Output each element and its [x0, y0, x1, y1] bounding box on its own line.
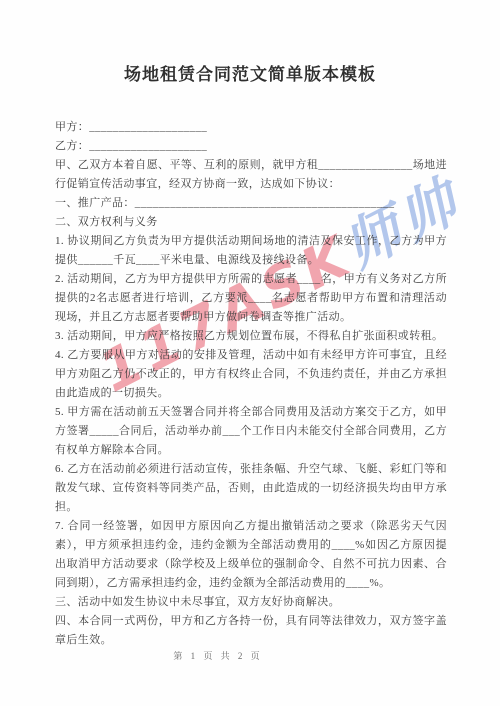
document-body: 甲方：____________________ 乙方：_____________… [55, 118, 447, 650]
clause-1: 1. 协议期间乙方负责为甲方提供活动期间场地的清洁及保安工作，乙方为甲方提供__… [55, 232, 447, 270]
clause-promotion-product: 一、推广产品：_________________________________… [55, 194, 447, 213]
clause-2: 2. 活动期间，乙方为甲方提供甲方所需的志愿者____名，甲方有义务对乙方所提供… [55, 270, 447, 327]
clause-3: 3. 活动期间，甲方应严格按照乙方规划位置布展，不得私自扩张面积或转租。 [55, 327, 447, 346]
section-4-copies: 四、本合同一式两份，甲方和乙方各持一份，具有同等法律效力，双方签字盖章后生效。 [55, 612, 447, 650]
section-rights-obligations-heading: 二、双方权利与义务 [55, 213, 447, 232]
clause-4: 4. 乙方要服从甲方对活动的安排及管理，活动中如有未经甲方许可事宜，且经甲方劝阻… [55, 346, 447, 403]
document-title: 场地租赁合同范文简单版本模板 [30, 60, 470, 85]
contract-page: 场地租赁合同范文简单版本模板 117ASK师帅 甲方：_____________… [0, 0, 500, 706]
preamble: 甲、乙双方本着自愿、平等、互利的原则，就甲方租________________场… [55, 156, 447, 194]
clause-7: 7. 合同一经签署，如因甲方原因向乙方提出撤销活动之要求（除恶劣天气因素），甲方… [55, 517, 447, 593]
page-number: 第 1 页 共 2 页 [0, 649, 468, 662]
clause-5: 5. 甲方需在活动前五天签署合同并将全部合同费用及活动方案交于乙方，如甲方签署_… [55, 403, 447, 460]
section-3-dispute: 三、活动中如发生协议中未尽事宜，双方友好协商解决。 [55, 593, 447, 612]
party-b-field: 乙方：____________________ [55, 137, 447, 156]
clause-6: 6. 乙方在活动前必须进行活动宣传，张挂条幅、升空气球、飞艇、彩虹门等和散发气球… [55, 460, 447, 517]
party-a-field: 甲方：____________________ [55, 118, 447, 137]
